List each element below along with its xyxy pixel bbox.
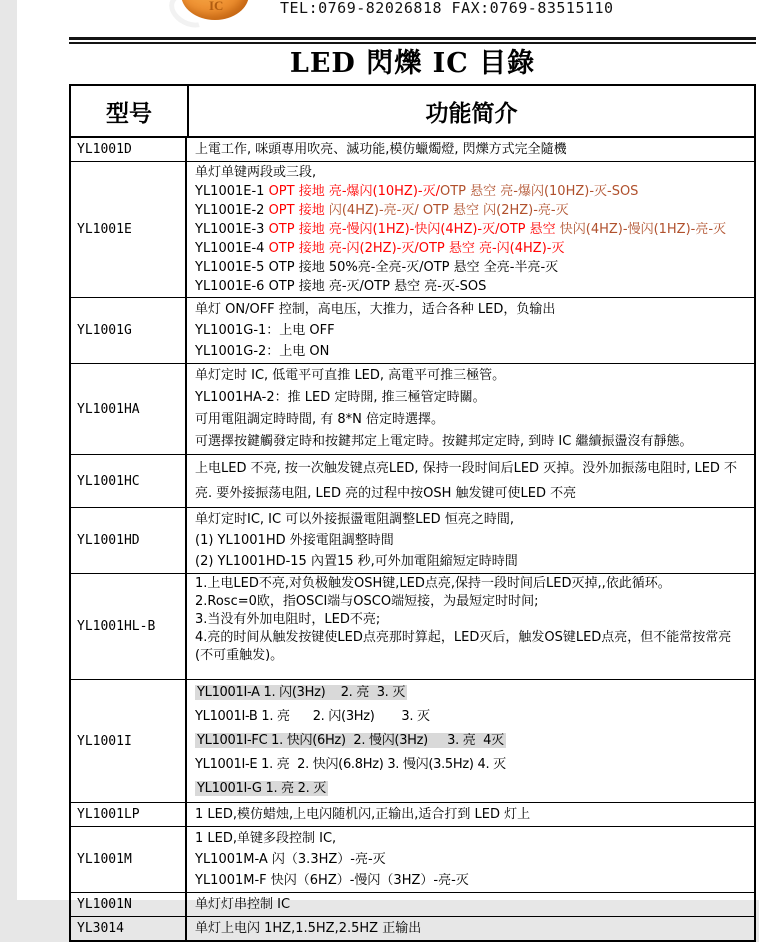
model-cell: YL1001M xyxy=(71,827,187,892)
description-text: 单灯定时 IC, 低電平可直推 LED, 高電平可推三極管。 xyxy=(195,368,505,383)
description-text: YL1001E-6 OTP 接地 亮-灭/OTP 悬空 亮-灭-SOS xyxy=(195,279,486,294)
description-line: YL1001E-4 OTP 接地 亮-闪(2HZ)-灭/OTP 悬空 亮-闪(4… xyxy=(195,239,750,258)
description-cell: 1 LED,模仿蜡烛,上电闪随机闪,正输出,适合打到 LED 灯上 xyxy=(187,803,754,826)
description-text: YL1001I-FC 1. 快闪(6Hz) 2. 慢闪(3Hz) 3. 亮 4灭 xyxy=(197,733,504,748)
table-row: YL1001N单灯灯串控制 IC xyxy=(71,892,754,900)
catalog-table: 型号 功能简介 YL1001D上電工作, 咪頭專用吹亮、滅功能,模仿蠟燭燈, 閃… xyxy=(69,84,756,900)
catalog-table-body: YL1001D上電工作, 咪頭專用吹亮、滅功能,模仿蠟燭燈, 閃爍方式完全隨機Y… xyxy=(71,138,754,900)
table-row: YL1001HL-B1.上电LED不亮,对负极触发OSH键,LED点亮,保持一段… xyxy=(71,573,754,679)
description-text: YL1001I-E 1. 亮 2. 快闪(6.8Hz) 3. 慢闪(3.5Hz)… xyxy=(195,757,506,772)
description-cell: 1 LED,单键多段控制 IC,YL1001M-A 闪（3.3HZ）-亮-灭YL… xyxy=(187,827,754,892)
table-row: YL1001HA单灯定时 IC, 低電平可直推 LED, 高電平可推三極管。YL… xyxy=(71,363,754,454)
mode-sequence-text: OTP 悬空 亮-爆闪(10HZ)-灭-SOS xyxy=(440,184,638,199)
description-cell: 上電工作, 咪頭專用吹亮、滅功能,模仿蠟燭燈, 閃爍方式完全隨機 xyxy=(187,138,754,161)
model-cell: YL1001HL-B xyxy=(71,574,187,679)
description-cell: YL1001I-A 1. 闪(3Hz) 2. 亮 3. 灭YL1001I-B 1… xyxy=(187,680,754,802)
description-line: 可選擇按鍵觸發定時和按鍵邦定上電定時。按鍵邦定定時, 到時 IC 繼續振盪沒有靜… xyxy=(195,431,750,453)
page-title: LED 閃爍 IC 目錄 xyxy=(69,48,756,79)
model-cell: YL1001E xyxy=(71,162,187,297)
description-line: YL1001E-1 OPT 接地 亮-爆闪(10HZ)-灭/OTP 悬空 亮-爆… xyxy=(195,182,750,201)
description-text: (不可重触发)。 xyxy=(195,648,283,663)
mode-sequence-text: OPT 接地 亮-爆闪(10HZ)-灭/ xyxy=(269,184,440,199)
description-line: 单灯 ON/OFF 控制，高电压，大推力，适合各种 LED，负输出 xyxy=(195,299,750,320)
description-line: 2.Rosc=0欧，指OSCI端与OSCO端短接，为最短定时时间; xyxy=(195,593,750,611)
highlighted-text: YL1001I-A 1. 闪(3Hz) 2. 亮 3. 灭 xyxy=(195,685,407,700)
document-page: IC TEL:0769-82026818 FAX:0769-83515110 L… xyxy=(17,0,759,900)
description-line: 3.当没有外加电阻时，LED不亮; xyxy=(195,611,750,629)
description-text: YL1001G-2：上电 ON xyxy=(195,344,329,359)
description-text: 亮. 要外接振荡电阻, LED 亮的过程中按OSH 触发键可使LED 不亮 xyxy=(195,486,576,501)
description-text: 1.上电LED不亮,对负极触发OSH键,LED点亮,保持一段时间后LED灭掉,,… xyxy=(195,576,671,591)
logo-ic-text: IC xyxy=(209,0,223,14)
description-text: 4.亮的时间从触发按键使LED点亮那时算起，LED灭后，触发OS键LED点亮，但… xyxy=(195,630,731,645)
description-text: 1 LED,模仿蜡烛,上电闪随机闪,正输出,适合打到 LED 灯上 xyxy=(195,807,530,822)
description-cell: 单灯 ON/OFF 控制，高电压，大推力，适合各种 LED，负输出YL1001G… xyxy=(187,298,754,363)
description-line: 单灯定时 IC, 低電平可直推 LED, 高電平可推三極管。 xyxy=(195,365,750,387)
description-line: YL1001M-A 闪（3.3HZ）-亮-灭 xyxy=(195,849,750,870)
header-description: 功能简介 xyxy=(189,86,754,136)
description-cell: 单灯定时IC, IC 可以外接振盪電阻調整LED 恒亮之時間,(1) YL100… xyxy=(187,508,754,573)
description-text: 上電工作, 咪頭專用吹亮、滅功能,模仿蠟燭燈, 閃爍方式完全隨機 xyxy=(195,142,567,157)
description-text: YL1001E-4 xyxy=(195,241,269,256)
model-cell: YL1001I xyxy=(71,680,187,802)
description-line: YL1001I-FC 1. 快闪(6Hz) 2. 慢闪(3Hz) 3. 亮 4灭 xyxy=(195,729,750,753)
mode-sequence-text: 快闪(4HZ)-慢闪(1HZ)-亮-灭 xyxy=(560,222,726,237)
description-text: YL1001M-F 快闪（6HZ）-慢闪（3HZ）-亮-灭 xyxy=(195,873,469,888)
description-text: YL1001E-2 xyxy=(195,203,269,218)
description-text: 3.当没有外加电阻时，LED不亮; xyxy=(195,612,380,627)
table-header-row: 型号 功能简介 xyxy=(71,86,754,138)
highlighted-text: YL1001I-G 1. 亮 2. 灭 xyxy=(195,781,328,796)
description-text: (1) YL1001HD 外接電阻調整時間 xyxy=(195,533,394,548)
model-cell: YL1001HD xyxy=(71,508,187,573)
description-text: 单灯定时IC, IC 可以外接振盪電阻調整LED 恒亮之時間, xyxy=(195,512,514,527)
mode-sequence-text: 闪(4HZ)-亮-灭/ OTP 悬空 闪(2HZ)-亮-灭 xyxy=(329,203,569,218)
model-cell: YL1001G xyxy=(71,298,187,363)
description-line: 上電工作, 咪頭專用吹亮、滅功能,模仿蠟燭燈, 閃爍方式完全隨機 xyxy=(195,139,750,160)
description-text: 单灯 ON/OFF 控制，高电压，大推力，适合各种 LED，负输出 xyxy=(195,302,555,317)
description-cell: 单灯定时 IC, 低電平可直推 LED, 高電平可推三極管。YL1001HA-2… xyxy=(187,364,754,454)
description-line: 可用電阻調定時時間, 有 8*N 倍定時選擇。 xyxy=(195,409,750,431)
description-line: 上电LED 不亮, 按一次触发键点亮LED, 保持一段时间后LED 灭掉。没外加… xyxy=(195,456,750,481)
description-line: 单灯灯串控制 IC xyxy=(195,894,750,900)
description-text: YL1001E-3 xyxy=(195,222,269,237)
description-text: YL1001M-A 闪（3.3HZ）-亮-灭 xyxy=(195,852,386,867)
highlighted-text: YL1001I-FC 1. 快闪(6Hz) 2. 慢闪(3Hz) 3. 亮 4灭 xyxy=(195,733,506,748)
table-row: YL1001G单灯 ON/OFF 控制，高电压，大推力，适合各种 LED，负输出… xyxy=(71,297,754,363)
description-line: YL1001I-E 1. 亮 2. 快闪(6.8Hz) 3. 慢闪(3.5Hz)… xyxy=(195,753,750,777)
description-line: YL1001E-5 OTP 接地 50%亮-全亮-灭/OTP 悬空 全亮-半亮-… xyxy=(195,258,750,277)
double-rule xyxy=(69,37,756,44)
description-text: YL1001I-B 1. 亮 2. 闪(3Hz) 3. 灭 xyxy=(195,709,430,724)
tel-fax-line: TEL:0769-82026818 FAX:0769-83515110 xyxy=(280,0,614,17)
mode-sequence-text: OTP 接地 亮-慢闪(1HZ)-快闪(4HZ)-灭/OTP 悬空 xyxy=(269,222,560,237)
table-row: YL1001M1 LED,单键多段控制 IC,YL1001M-A 闪（3.3HZ… xyxy=(71,826,754,892)
table-row: YL1001LP1 LED,模仿蜡烛,上电闪随机闪,正输出,适合打到 LED 灯… xyxy=(71,802,754,826)
description-line: YL1001I-G 1. 亮 2. 灭 xyxy=(195,777,750,801)
description-line: YL1001E-3 OTP 接地 亮-慢闪(1HZ)-快闪(4HZ)-灭/OTP… xyxy=(195,220,750,239)
table-row: YL1001D上電工作, 咪頭專用吹亮、滅功能,模仿蠟燭燈, 閃爍方式完全隨機 xyxy=(71,138,754,161)
description-line: YL1001I-B 1. 亮 2. 闪(3Hz) 3. 灭 xyxy=(195,705,750,729)
page-content: IC TEL:0769-82026818 FAX:0769-83515110 L… xyxy=(69,0,756,900)
mode-sequence-text: OPT 接地 xyxy=(269,203,329,218)
description-cell: 上电LED 不亮, 按一次触发键点亮LED, 保持一段时间后LED 灭掉。没外加… xyxy=(187,455,754,507)
description-line: YL1001HA-2：推 LED 定時開, 推三極管定時關。 xyxy=(195,387,750,409)
description-text: YL1001HA-2：推 LED 定時開, 推三極管定時關。 xyxy=(195,390,486,405)
description-line: 1.上电LED不亮,对负极触发OSH键,LED点亮,保持一段时间后LED灭掉,,… xyxy=(195,575,750,593)
model-cell: YL1001LP xyxy=(71,803,187,826)
model-cell: YL1001HC xyxy=(71,455,187,507)
description-line: YL1001E-6 OTP 接地 亮-灭/OTP 悬空 亮-灭-SOS xyxy=(195,277,750,296)
description-text: 单灯单键两段或三段, xyxy=(195,165,316,180)
description-line: 1 LED,单键多段控制 IC, xyxy=(195,828,750,849)
description-line: YL1001I-A 1. 闪(3Hz) 2. 亮 3. 灭 xyxy=(195,681,750,705)
description-line: (2) YL1001HD-15 內置15 秒,可外加電阻縮短定時時間 xyxy=(195,551,750,572)
description-text: YL1001E-5 OTP 接地 50%亮-全亮-灭/OTP 悬空 全亮-半亮-… xyxy=(195,260,558,275)
description-line: YL1001G-1：上电 OFF xyxy=(195,320,750,341)
table-row: YL1001E单灯单键两段或三段,YL1001E-1 OPT 接地 亮-爆闪(1… xyxy=(71,161,754,297)
model-cell: YL1001N xyxy=(71,893,187,900)
table-row: YL1001IYL1001I-A 1. 闪(3Hz) 2. 亮 3. 灭YL10… xyxy=(71,679,754,802)
description-text: 上电LED 不亮, 按一次触发键点亮LED, 保持一段时间后LED 灭掉。没外加… xyxy=(195,461,737,476)
description-line: 4.亮的时间从触发按键使LED点亮那时算起，LED灭后，触发OS键LED点亮，但… xyxy=(195,629,750,647)
description-line: YL1001G-2：上电 ON xyxy=(195,341,750,362)
header-model: 型号 xyxy=(71,86,189,136)
masthead: IC TEL:0769-82026818 FAX:0769-83515110 xyxy=(69,0,756,36)
description-text: (2) YL1001HD-15 內置15 秒,可外加電阻縮短定時時間 xyxy=(195,554,518,569)
description-line: 1 LED,模仿蜡烛,上电闪随机闪,正输出,适合打到 LED 灯上 xyxy=(195,804,750,825)
description-text: YL1001I-G 1. 亮 2. 灭 xyxy=(197,781,326,796)
description-line: 单灯单键两段或三段, xyxy=(195,163,750,182)
description-line: YL1001M-F 快闪（6HZ）-慢闪（3HZ）-亮-灭 xyxy=(195,870,750,891)
description-line: (1) YL1001HD 外接電阻調整時間 xyxy=(195,530,750,551)
description-cell: 单灯灯串控制 IC xyxy=(187,893,754,900)
description-text: 可選擇按鍵觸發定時和按鍵邦定上電定時。按鍵邦定定時, 到時 IC 繼續振盪沒有靜… xyxy=(195,434,692,449)
description-line: 单灯定时IC, IC 可以外接振盪電阻調整LED 恒亮之時間, xyxy=(195,509,750,530)
description-text: YL1001G-1：上电 OFF xyxy=(195,323,335,338)
description-text: 2.Rosc=0欧，指OSCI端与OSCO端短接，为最短定时时间; xyxy=(195,594,538,609)
mode-sequence-text: OTP 接地 亮-闪(2HZ)-灭/OTP 悬空 亮-闪(4HZ)-灭 xyxy=(269,241,565,256)
description-text: YL1001E-1 xyxy=(195,184,269,199)
model-cell: YL1001HA xyxy=(71,364,187,454)
description-cell: 单灯单键两段或三段,YL1001E-1 OPT 接地 亮-爆闪(10HZ)-灭/… xyxy=(187,162,754,297)
table-row: YL1001HD单灯定时IC, IC 可以外接振盪電阻調整LED 恒亮之時間,(… xyxy=(71,507,754,573)
model-cell: YL1001D xyxy=(71,138,187,161)
description-cell: 1.上电LED不亮,对负极触发OSH键,LED点亮,保持一段时间后LED灭掉,,… xyxy=(187,574,754,679)
description-line: (不可重触发)。 xyxy=(195,647,750,665)
description-text: 1 LED,单键多段控制 IC, xyxy=(195,831,336,846)
table-row: YL1001HC上电LED 不亮, 按一次触发键点亮LED, 保持一段时间后LE… xyxy=(71,454,754,507)
description-line: YL1001E-2 OPT 接地 闪(4HZ)-亮-灭/ OTP 悬空 闪(2H… xyxy=(195,201,750,220)
description-line: 亮. 要外接振荡电阻, LED 亮的过程中按OSH 触发键可使LED 不亮 xyxy=(195,481,750,506)
description-text: 可用電阻調定時時間, 有 8*N 倍定時選擇。 xyxy=(195,412,444,427)
description-text: YL1001I-A 1. 闪(3Hz) 2. 亮 3. 灭 xyxy=(197,685,405,700)
